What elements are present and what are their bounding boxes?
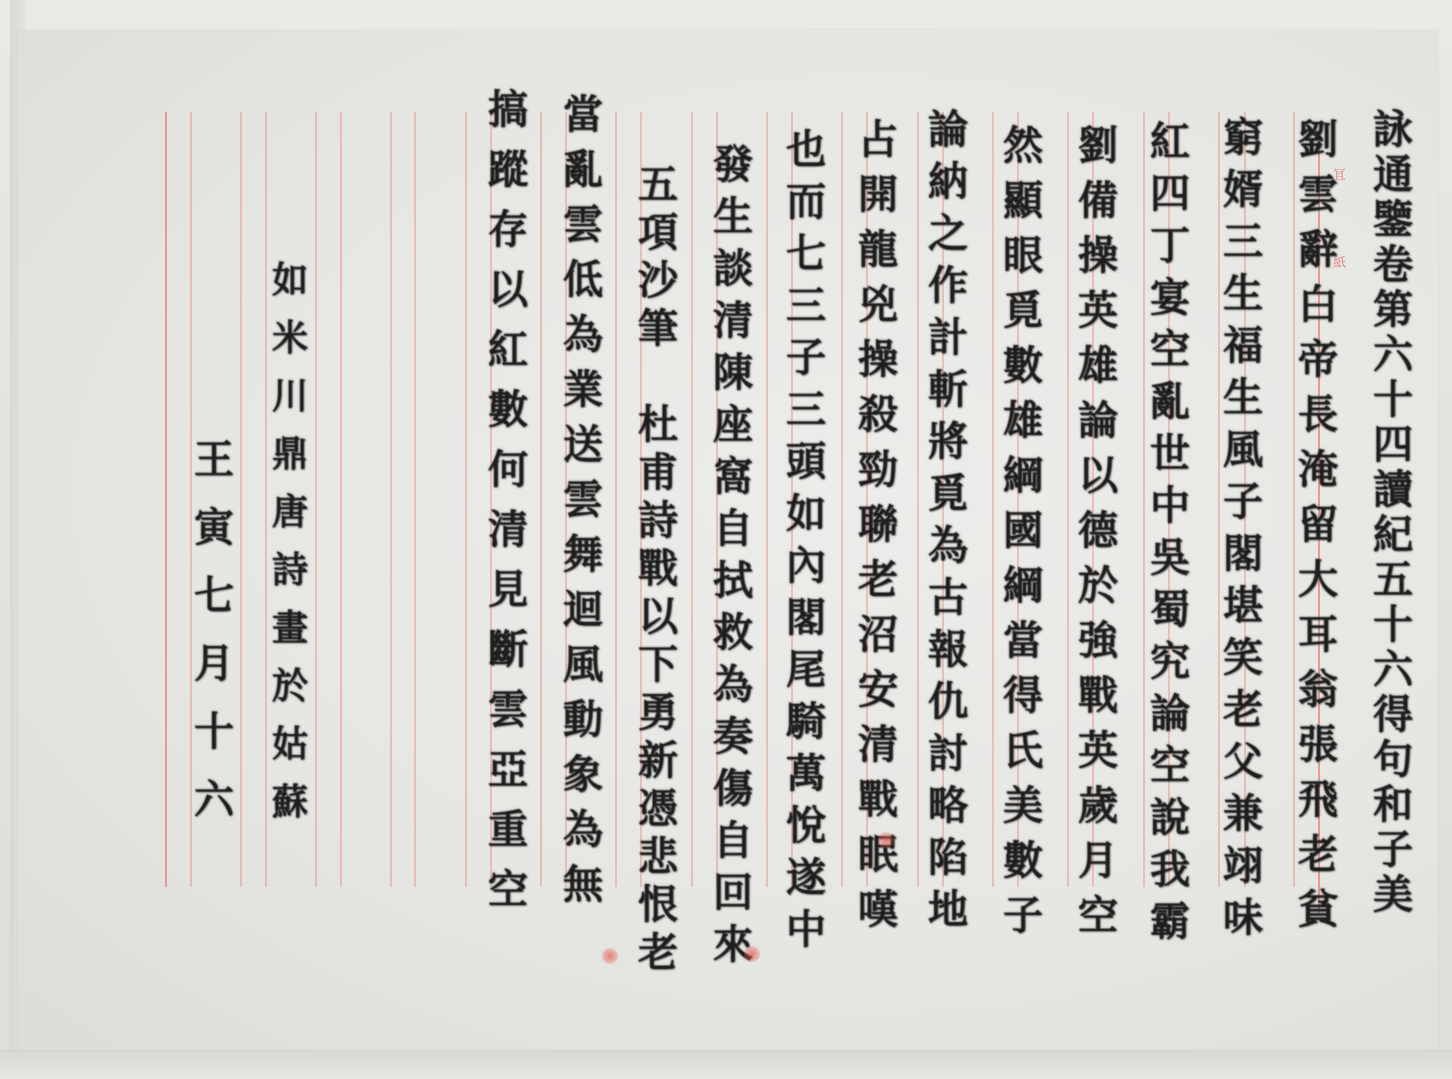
character: 婿 (1223, 170, 1263, 210)
signature-column: 如米川鼎唐詩畫於姑蘇 (272, 262, 308, 842)
character: 王 (194, 440, 234, 480)
ruled-line (841, 112, 843, 887)
character: 納 (928, 162, 968, 202)
text-column-1: 詠通鑒卷第六十四讀紀五十六得句和子美 (1373, 110, 1413, 920)
character: 句 (1373, 740, 1413, 780)
character: 宴 (1150, 278, 1190, 318)
character: 生 (1223, 274, 1263, 314)
character: 自 (713, 821, 753, 861)
date-column: 王寅七月十六 (194, 440, 234, 848)
character: 四 (1373, 425, 1413, 465)
character: 送 (563, 425, 603, 465)
character: 空 (1150, 330, 1190, 370)
character: 紅 (488, 330, 528, 370)
character: 雲 (563, 480, 603, 520)
ruled-line (615, 112, 617, 887)
character: 尾 (786, 650, 826, 690)
character: 我 (1150, 850, 1190, 890)
character: 老 (638, 933, 678, 973)
character: 長 (1298, 395, 1338, 435)
character: 雲 (563, 205, 603, 245)
seal-smudge (744, 946, 760, 962)
character: 亞 (488, 750, 528, 790)
character: 陷 (928, 838, 968, 878)
character: 德 (1078, 511, 1118, 551)
character: 而 (786, 182, 826, 222)
character: 當 (563, 95, 603, 135)
character: 拭 (713, 561, 753, 601)
paper-edge-bottom (0, 1050, 1452, 1079)
character: 空 (1150, 746, 1190, 786)
character: 悅 (786, 806, 826, 846)
character: 詩 (272, 552, 308, 588)
character: 斷 (488, 630, 528, 670)
character: 三 (786, 390, 826, 430)
character: 存 (488, 210, 528, 250)
character: 雲 (488, 690, 528, 730)
character: 筆 (638, 309, 678, 349)
seal-smudge (602, 948, 618, 964)
ruled-line (340, 112, 342, 887)
character: 仇 (928, 682, 968, 722)
ruled-line (190, 112, 192, 887)
character: 備 (1078, 181, 1118, 221)
character: 作 (928, 266, 968, 306)
text-column-7: 論納之作計斬將覓為古報仇討略陷地 (928, 110, 968, 942)
ruled-line (165, 112, 167, 887)
character: 清 (488, 510, 528, 550)
character: 之 (928, 214, 968, 254)
character: 空 (1078, 896, 1118, 936)
character: 唐 (272, 494, 308, 530)
character: 數 (488, 390, 528, 430)
character: 以 (638, 597, 678, 637)
character: 丁 (1150, 226, 1190, 266)
character: 三 (786, 286, 826, 326)
character: 論 (928, 110, 968, 150)
character: 吳 (1150, 538, 1190, 578)
character: 辭 (1298, 230, 1338, 270)
ruled-line (766, 112, 768, 887)
character: 頭 (786, 442, 826, 482)
character: 談 (713, 249, 753, 289)
character: 米 (272, 320, 308, 356)
character: 綱 (1003, 566, 1043, 606)
character: 討 (928, 734, 968, 774)
character: 中 (1150, 486, 1190, 526)
text-column-9: 也而七三子三頭如內閣尾騎萬悅遂中 (786, 130, 826, 962)
character: 何 (488, 450, 528, 490)
character: 舞 (563, 535, 603, 575)
character: 笑 (1223, 638, 1263, 678)
character: 也 (786, 130, 826, 170)
character: 說 (1150, 798, 1190, 838)
character: 聯 (858, 505, 898, 545)
text-column-6: 然顯眼覓數雄綱國綱當得氏美數子 (1003, 126, 1043, 951)
character: 計 (928, 318, 968, 358)
character: 父 (1223, 742, 1263, 782)
character: 悲 (638, 837, 678, 877)
character: 寅 (194, 508, 234, 548)
character: 報 (928, 630, 968, 670)
character: 雲 (1298, 175, 1338, 215)
character: 亂 (1150, 382, 1190, 422)
character: 座 (713, 405, 753, 445)
ruled-line (414, 112, 416, 887)
character: 甫 (638, 453, 678, 493)
character: 恨 (638, 885, 678, 925)
character: 沙 (638, 261, 678, 301)
character: 和 (1373, 785, 1413, 825)
character: 戰 (638, 549, 678, 589)
character: 霸 (1150, 902, 1190, 942)
character: 飛 (1298, 780, 1338, 820)
character: 斬 (928, 370, 968, 410)
character: 翊 (1223, 846, 1263, 886)
character: 大 (1298, 560, 1338, 600)
character: 為 (563, 315, 603, 355)
ruled-line (1143, 112, 1145, 887)
character: 五 (1373, 560, 1413, 600)
character: 窩 (713, 457, 753, 497)
text-column-5: 劉備操英雄論以德於強戰英歲月空 (1078, 126, 1118, 951)
character: 國 (1003, 511, 1043, 551)
character: 紀 (1373, 515, 1413, 555)
character: 四 (1150, 174, 1190, 214)
character: 七 (786, 234, 826, 274)
character: 無 (563, 865, 603, 905)
character: 勇 (638, 693, 678, 733)
character: 通 (1373, 155, 1413, 195)
character: 然 (1003, 126, 1043, 166)
character: 詠 (1373, 110, 1413, 150)
ruled-line (390, 112, 392, 887)
character: 論 (1078, 401, 1118, 441)
character: 為 (928, 526, 968, 566)
character: 勁 (858, 450, 898, 490)
character: 占 (858, 120, 898, 160)
character: 五 (638, 165, 678, 205)
character: 世 (1150, 434, 1190, 474)
character: 操 (858, 340, 898, 380)
character: 綱 (1003, 456, 1043, 496)
character: 象 (563, 755, 603, 795)
character: 子 (786, 338, 826, 378)
character: 亂 (563, 150, 603, 190)
character: 如 (272, 262, 308, 298)
character: 歲 (1078, 786, 1118, 826)
character: 清 (858, 725, 898, 765)
character: 三 (1223, 222, 1263, 262)
character: 子 (1223, 482, 1263, 522)
character: 六 (194, 780, 234, 820)
ruled-line (1293, 112, 1295, 887)
character: 美 (1003, 786, 1043, 826)
character: 貧 (1298, 890, 1338, 930)
character: 遂 (786, 858, 826, 898)
character: 得 (1003, 676, 1043, 716)
character: 帝 (1298, 340, 1338, 380)
character: 覓 (928, 474, 968, 514)
ruled-line (917, 112, 919, 887)
character: 十 (1373, 605, 1413, 645)
character: 劉 (1298, 120, 1338, 160)
character: 開 (858, 175, 898, 215)
text-column-12: 當亂雲低為業送雲舞迴風動象為無 (563, 95, 603, 920)
character: 萬 (786, 754, 826, 794)
character: 閣 (1223, 534, 1263, 574)
character: 十 (194, 712, 234, 752)
character: 戰 (1078, 676, 1118, 716)
character: 安 (858, 670, 898, 710)
character: 氏 (1003, 731, 1043, 771)
text-column-10: 發生談清陳座窩自拭救為奏傷自回來 (713, 145, 753, 977)
character: 美 (1373, 875, 1413, 915)
character (638, 357, 678, 397)
character: 白 (1298, 285, 1338, 325)
seal-smudge (878, 832, 894, 848)
character: 翁 (1298, 670, 1338, 710)
character: 傷 (713, 769, 753, 809)
character: 清 (713, 301, 753, 341)
character: 覓 (1003, 291, 1043, 331)
character: 於 (1078, 566, 1118, 606)
character: 略 (928, 786, 968, 826)
character: 耳 (1298, 615, 1338, 655)
character: 卷 (1373, 245, 1413, 285)
character: 地 (928, 890, 968, 930)
ruled-line (240, 112, 242, 887)
character: 空 (488, 870, 528, 910)
character: 中 (786, 910, 826, 950)
ruled-line (992, 112, 994, 887)
character: 老 (1223, 690, 1263, 730)
character: 重 (488, 810, 528, 850)
character: 以 (1078, 456, 1118, 496)
character: 鼎 (272, 436, 308, 472)
character: 回 (713, 873, 753, 913)
character: 強 (1078, 621, 1118, 661)
character: 嘆 (858, 890, 898, 930)
character: 騎 (786, 702, 826, 742)
character: 下 (638, 645, 678, 685)
ruled-line (1218, 112, 1220, 887)
character: 究 (1150, 642, 1190, 682)
character: 川 (272, 378, 308, 414)
character: 憑 (638, 789, 678, 829)
character: 項 (638, 213, 678, 253)
character: 動 (563, 700, 603, 740)
character: 月 (1078, 841, 1118, 881)
character: 劉 (1078, 126, 1118, 166)
character: 英 (1078, 731, 1118, 771)
character: 沼 (858, 615, 898, 655)
character: 堪 (1223, 586, 1263, 626)
character: 六 (1373, 650, 1413, 690)
manuscript-photo: 冝 紙 詠通鑒卷第六十四讀紀五十六得句和子美劉雲辭白帝長淹留大耳翁張飛老貧窮婿三… (0, 0, 1452, 1079)
character: 新 (638, 741, 678, 781)
character: 生 (1223, 378, 1263, 418)
character: 風 (1223, 430, 1263, 470)
character: 為 (713, 665, 753, 705)
character: 十 (1373, 380, 1413, 420)
ruled-line (265, 112, 267, 887)
character: 低 (563, 260, 603, 300)
character: 月 (194, 644, 234, 684)
ruled-line (691, 112, 693, 887)
character: 殺 (858, 395, 898, 435)
character: 蜀 (1150, 590, 1190, 630)
character: 以 (488, 270, 528, 310)
character: 數 (1003, 841, 1043, 881)
character: 詩 (638, 501, 678, 541)
character: 雄 (1003, 401, 1043, 441)
ruled-line (1067, 112, 1069, 887)
character: 眼 (1003, 236, 1043, 276)
character: 操 (1078, 236, 1118, 276)
character: 生 (713, 197, 753, 237)
character: 姑 (272, 726, 308, 762)
character: 杜 (638, 405, 678, 445)
character: 風 (563, 645, 603, 685)
character: 見 (488, 570, 528, 610)
character: 窮 (1223, 118, 1263, 158)
character: 老 (858, 560, 898, 600)
character: 第 (1373, 290, 1413, 330)
character: 為 (563, 810, 603, 850)
character: 迴 (563, 590, 603, 630)
character: 鑒 (1373, 200, 1413, 240)
character: 紅 (1150, 122, 1190, 162)
character: 味 (1223, 898, 1263, 938)
text-column-13: 搞蹤存以紅數何清見斷雲亞重空 (488, 90, 528, 930)
character: 老 (1298, 835, 1338, 875)
character: 顯 (1003, 181, 1043, 221)
character: 子 (1373, 830, 1413, 870)
ruled-line (540, 112, 542, 887)
text-column-11: 五項沙筆 杜甫詩戰以下勇新憑悲恨老 (638, 165, 678, 981)
character: 奏 (713, 717, 753, 757)
character: 龍 (858, 230, 898, 270)
character: 論 (1150, 694, 1190, 734)
text-column-3: 窮婿三生福生風子閣堪笑老父兼翊味 (1223, 118, 1263, 950)
character: 兼 (1223, 794, 1263, 834)
character: 畫 (272, 610, 308, 646)
text-column-8: 占開龍兇操殺勁聯老沼安清戰眠嘆 (858, 120, 898, 945)
character: 古 (928, 578, 968, 618)
character: 搞 (488, 90, 528, 130)
character: 六 (1373, 335, 1413, 375)
character: 陳 (713, 353, 753, 393)
character: 數 (1003, 346, 1043, 386)
character: 救 (713, 613, 753, 653)
character: 業 (563, 370, 603, 410)
character: 福 (1223, 326, 1263, 366)
character: 自 (713, 509, 753, 549)
character: 七 (194, 576, 234, 616)
character: 將 (928, 422, 968, 462)
character: 發 (713, 145, 753, 185)
character: 於 (272, 668, 308, 704)
character: 如 (786, 494, 826, 534)
text-column-2: 劉雲辭白帝長淹留大耳翁張飛老貧 (1298, 120, 1338, 945)
text-column-4: 紅四丁宴空亂世中吳蜀究論空說我霸 (1150, 122, 1190, 954)
character: 淹 (1298, 450, 1338, 490)
character: 子 (1003, 896, 1043, 936)
character: 戰 (858, 780, 898, 820)
character: 雄 (1078, 346, 1118, 386)
character: 內 (786, 546, 826, 586)
character: 當 (1003, 621, 1043, 661)
character: 讀 (1373, 470, 1413, 510)
character: 留 (1298, 505, 1338, 545)
character: 蹤 (488, 150, 528, 190)
ruled-line (465, 112, 467, 887)
character: 閣 (786, 598, 826, 638)
character: 英 (1078, 291, 1118, 331)
character: 蘇 (272, 784, 308, 820)
character: 張 (1298, 725, 1338, 765)
character: 兇 (858, 285, 898, 325)
ruled-line (315, 112, 317, 887)
character: 得 (1373, 695, 1413, 735)
